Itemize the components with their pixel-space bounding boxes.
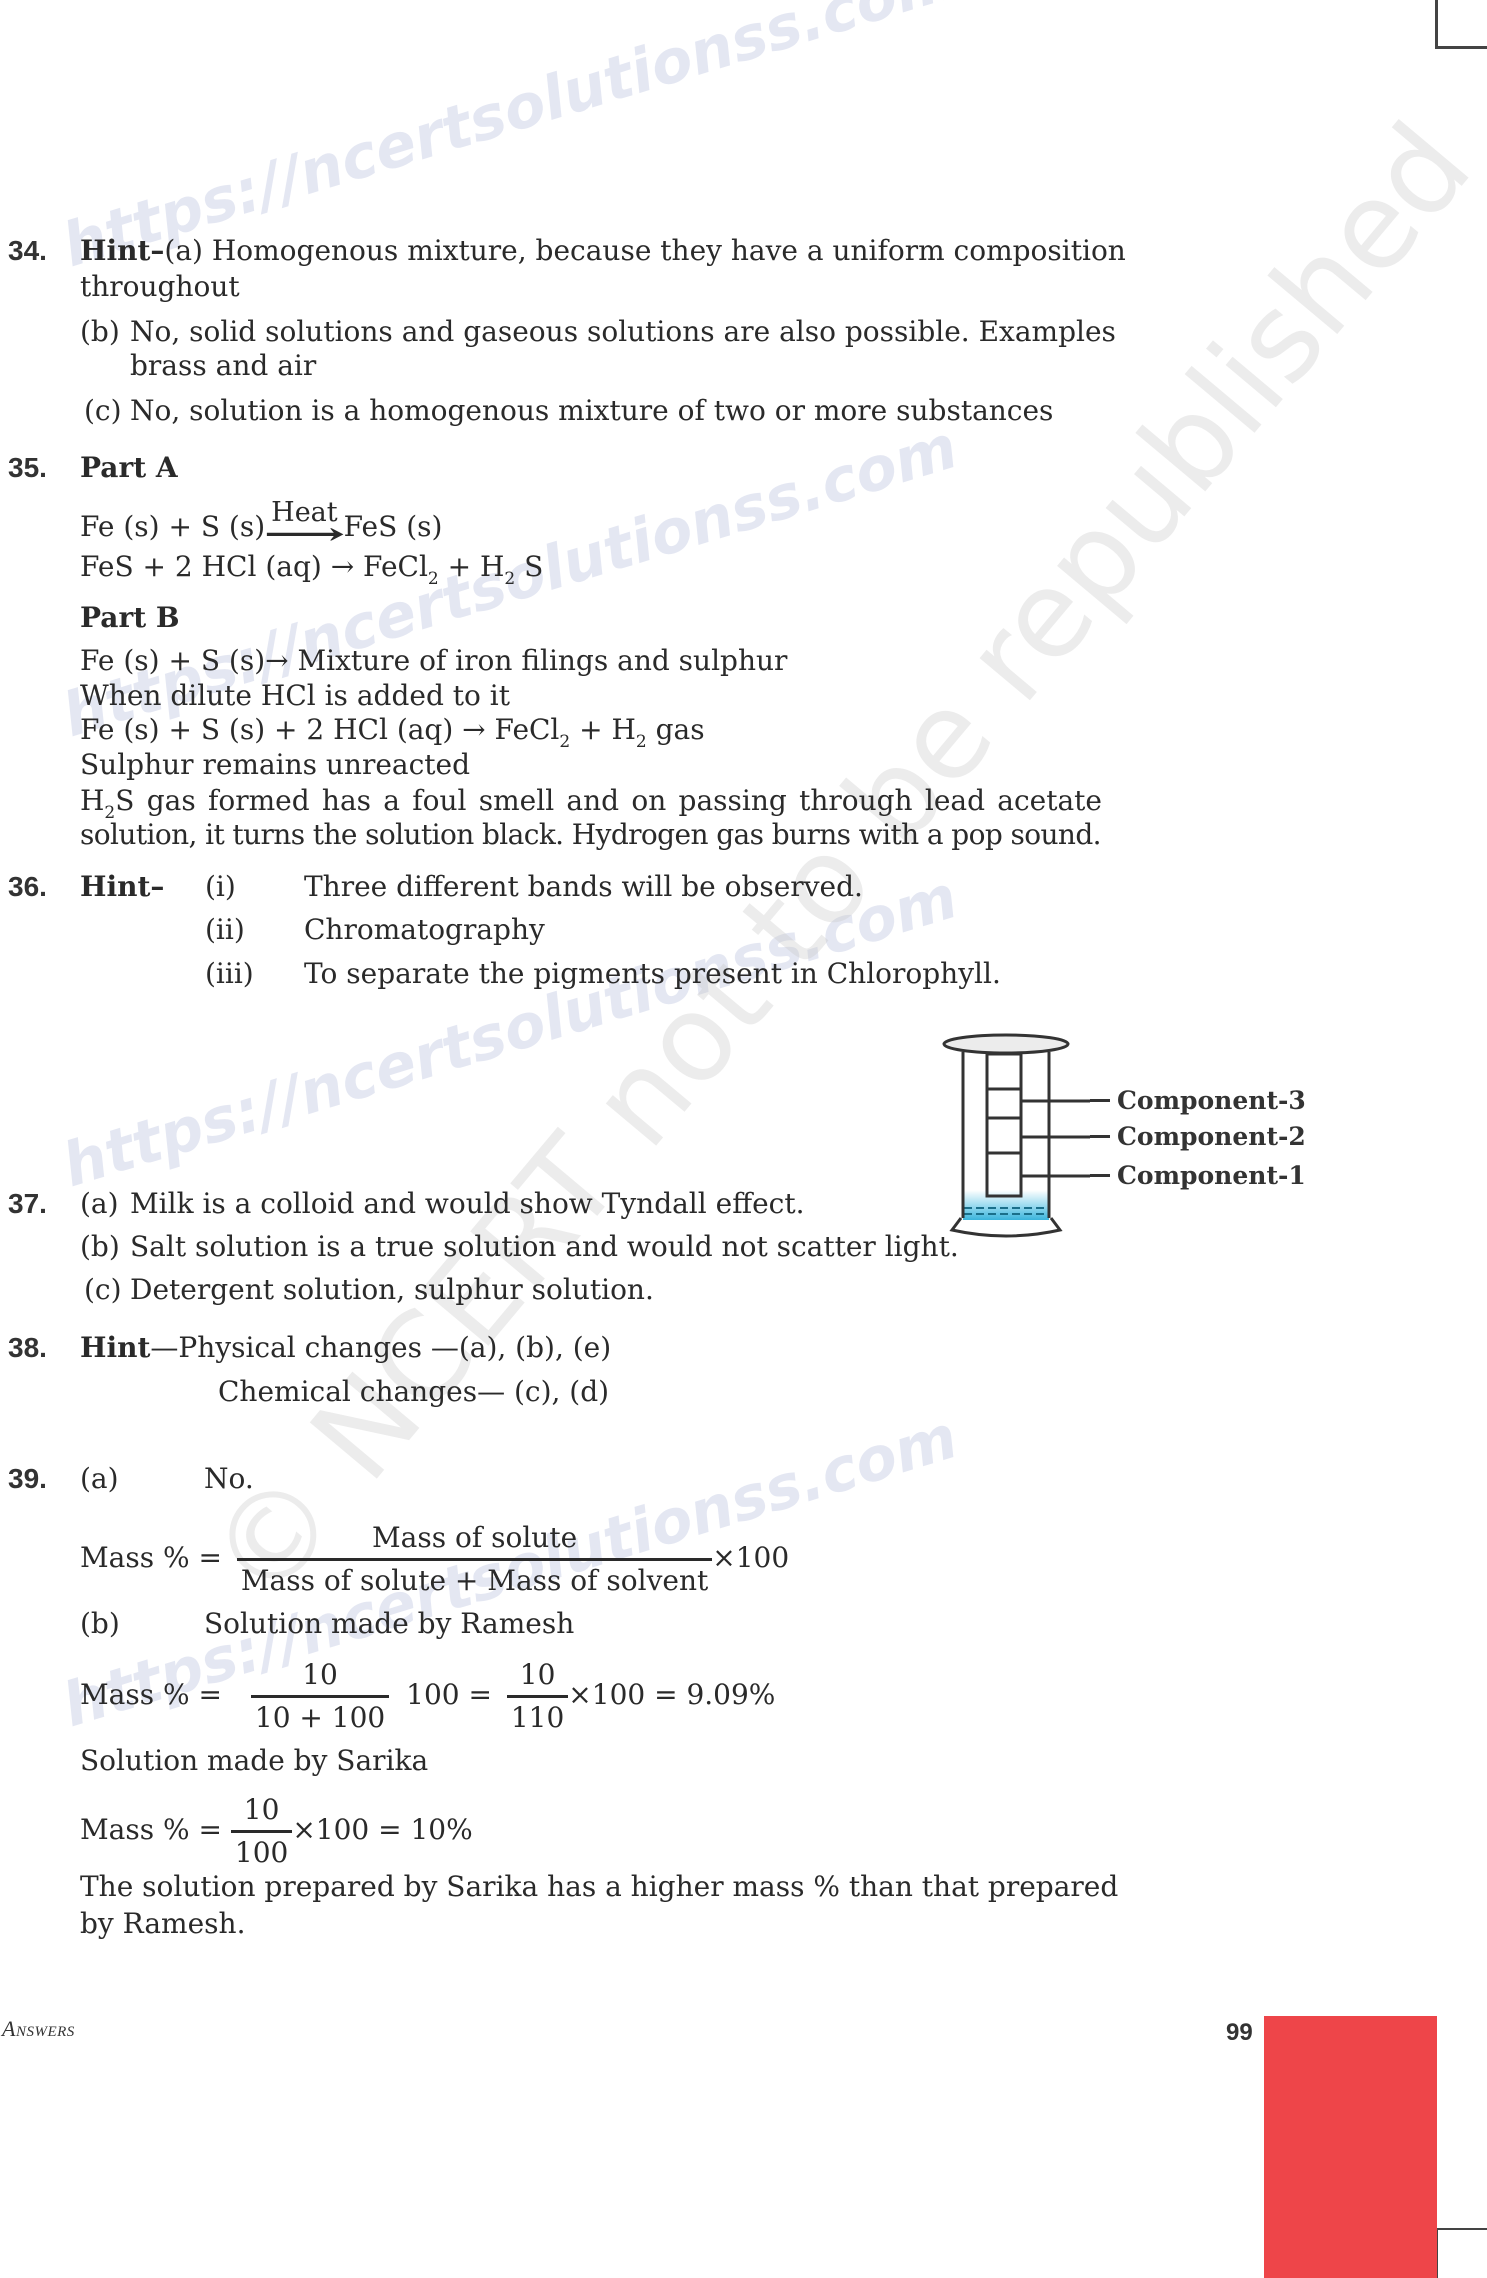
b5-h: H	[80, 784, 104, 817]
sarika-title: Solution made by Sarika	[80, 1744, 428, 1778]
formula-fraction: Mass of solute Mass of solute + Mass of …	[237, 1518, 712, 1601]
sarika-num: 10	[240, 1790, 284, 1830]
component-1-label: Component-1	[1117, 1159, 1306, 1193]
q36-item-label-3: (iii)	[205, 957, 254, 991]
eq1-left: Fe (s) + S (s)	[80, 510, 265, 543]
q37-item-text-c: Detergent solution, sulphur solution.	[130, 1273, 654, 1307]
formula-tail: ×100	[712, 1541, 789, 1574]
ramesh-fraction-2: 10 110	[507, 1655, 568, 1738]
hint-label: Hint–	[80, 234, 164, 267]
q36-item-label-1: (i)	[205, 870, 236, 904]
eq2-left: FeS + 2 HCl (aq) → FeCl	[80, 550, 428, 583]
question-number-36: 36.	[8, 870, 47, 904]
ramesh-calculation: Mass % = 10 10 + 100 100 = 10 110 ×100 =…	[80, 1655, 775, 1738]
q35-b-line4: Sulphur remains unreacted	[80, 748, 470, 782]
subscript: 2	[636, 732, 647, 752]
crop-mark-bottom-right	[1437, 2228, 1487, 2230]
q35-b-line6: solution, it turns the solution black. H…	[80, 818, 1101, 852]
formula-numerator: Mass of solute	[368, 1518, 581, 1558]
subscript: 2	[504, 569, 515, 589]
ramesh-result: ×100 = 9.09%	[568, 1678, 775, 1711]
q35-b-line5: H2S gas formed has a foul smell and on p…	[80, 784, 1102, 818]
q35-equation-1: Fe (s) + S (s)Heat⟶FeS (s)	[80, 500, 442, 544]
q36-item-text-2: Chromatography	[304, 913, 545, 947]
b3-right: gas	[647, 713, 705, 746]
q38-physical-line: Hint—Physical changes —(a), (b), (e)	[80, 1331, 611, 1365]
component-2-label: Component-2	[1117, 1120, 1306, 1154]
footer-section-label: Answers	[2, 2012, 75, 2046]
leader-line-2	[1090, 1135, 1110, 1138]
q36-item-text-3: To separate the pigments present in Chlo…	[304, 957, 1001, 991]
q35-b-line3: Fe (s) + S (s) + 2 HCl (aq) → FeCl2 + H2…	[80, 713, 705, 747]
q39-conclusion-2: by Ramesh.	[80, 1907, 245, 1941]
ramesh-lhs: Mass % =	[80, 1678, 222, 1711]
arrow-icon: ⟶	[264, 526, 346, 544]
q34-c-text: No, solution is a homogenous mixture of …	[130, 394, 1053, 428]
eq2-mid: + H	[439, 550, 505, 583]
q35-part-b-title: Part B	[80, 601, 180, 635]
hint-label: Hint	[80, 1331, 150, 1364]
mass-percent-formula: Mass % = Mass of solute Mass of solute +…	[80, 1518, 789, 1601]
ramesh-fraction-1: 10 10 + 100	[251, 1655, 389, 1738]
b3-mid: + H	[570, 713, 636, 746]
watermark-site: https://ncertsolutionss.com	[60, 0, 960, 264]
ramesh-den-1: 10 + 100	[251, 1695, 389, 1738]
q39-a-label: (a)	[80, 1462, 119, 1496]
q37-item-text-b: Salt solution is a true solution and wou…	[130, 1230, 959, 1264]
q37-item-label-a: (a)	[80, 1187, 119, 1221]
formula-lhs: Mass % =	[80, 1541, 222, 1574]
sarika-lhs: Mass % =	[80, 1813, 222, 1846]
question-number-38: 38.	[8, 1331, 47, 1365]
q35-equation-2: FeS + 2 HCl (aq) → FeCl2 + H2 S	[80, 550, 543, 584]
leader-line-3	[1090, 1099, 1110, 1102]
q36-hint-label: Hint–	[80, 870, 164, 904]
component-3-label: Component-3	[1117, 1084, 1306, 1118]
page-number: 99	[1226, 2016, 1253, 2050]
question-number-39: 39.	[8, 1462, 47, 1496]
q35-b-line2: When dilute HCl is added to it	[80, 679, 510, 713]
question-number-35: 35.	[8, 451, 47, 485]
chromatography-jar-diagram	[930, 1020, 1090, 1250]
q39-conclusion-1: The solution prepared by Sarika has a hi…	[80, 1870, 1118, 1904]
q35-part-a-title: Part A	[80, 451, 178, 485]
eq1-right: FeS (s)	[344, 510, 443, 543]
q36-item-text-1: Three different bands will be observed.	[304, 870, 863, 904]
b3-left: Fe (s) + S (s) + 2 HCl (aq) → FeCl	[80, 713, 559, 746]
q34-line-a: Hint–(a) Homogenous mixture, because the…	[80, 234, 1126, 268]
sarika-calculation: Mass % = 10 100 ×100 = 10%	[80, 1790, 473, 1873]
crop-mark-top-right-h	[1435, 46, 1487, 49]
q34-a-text: (a) Homogenous mixture, because they hav…	[164, 234, 1125, 267]
ramesh-den-2: 110	[507, 1695, 568, 1738]
question-number-37: 37.	[8, 1187, 47, 1221]
question-number-34: 34.	[8, 234, 47, 268]
crop-mark-top-right	[1435, 0, 1438, 48]
q34-c-label: (c)	[84, 394, 122, 428]
q37-item-label-c: (c)	[84, 1273, 122, 1307]
q34-b-cont: brass and air	[130, 349, 316, 383]
subscript: 2	[428, 569, 439, 589]
heat-arrow: Heat⟶	[271, 500, 337, 544]
q37-item-text-a: Milk is a colloid and would show Tyndall…	[130, 1187, 805, 1221]
q34-a-cont: throughout	[80, 270, 240, 304]
ramesh-num-1: 10	[298, 1655, 342, 1695]
sarika-den: 100	[231, 1830, 292, 1873]
q34-b-text: No, solid solutions and gaseous solution…	[130, 315, 1116, 349]
ramesh-mid: 100 =	[406, 1678, 492, 1711]
q39-b-text: Solution made by Ramesh	[204, 1607, 574, 1641]
subscript: 2	[559, 732, 570, 752]
q39-a-text: No.	[204, 1462, 254, 1496]
q38-chemical-line: Chemical changes— (c), (d)	[218, 1375, 609, 1409]
sarika-fraction: 10 100	[231, 1790, 292, 1873]
q35-b-line1: Fe (s) + S (s)→ Mixture of iron filings …	[80, 644, 787, 678]
formula-denominator: Mass of solute + Mass of solvent	[237, 1558, 712, 1601]
leader-line-1	[1090, 1174, 1110, 1177]
b5-rest: S gas formed has a foul smell and on pas…	[115, 784, 1102, 817]
q37-item-label-b: (b)	[80, 1230, 120, 1264]
eq2-right: S	[515, 550, 543, 583]
q38-physical: —Physical changes —(a), (b), (e)	[150, 1331, 611, 1364]
ramesh-num-2: 10	[516, 1655, 560, 1695]
q34-b-label: (b)	[80, 315, 120, 349]
q36-item-label-2: (ii)	[205, 913, 245, 947]
page-color-tab	[1264, 2016, 1437, 2278]
q39-b-label: (b)	[80, 1607, 120, 1641]
sarika-result: ×100 = 10%	[292, 1813, 472, 1846]
